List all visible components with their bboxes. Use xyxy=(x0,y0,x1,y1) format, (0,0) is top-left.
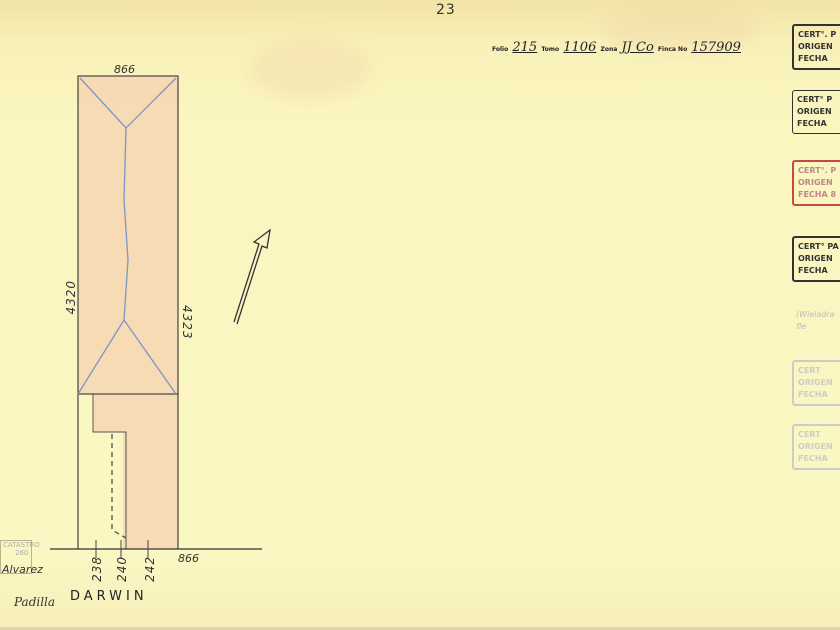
stamp-line: ORIGEN xyxy=(798,441,840,453)
stamp-line: CERT° P xyxy=(797,94,840,106)
certificate-stamp: CERT°. P ORIGEN FECHA 8 xyxy=(792,160,840,206)
catastro-text: CATASTRO xyxy=(3,541,31,549)
stamp-line: CERT°. P xyxy=(798,165,840,177)
stamp-line: ORIGEN xyxy=(797,106,840,118)
stamp-line: ORIGEN xyxy=(798,41,840,53)
street-number-238: 238 xyxy=(90,556,104,582)
stamp-line: ORIGEN xyxy=(798,253,840,265)
certificate-stamp: CERT ORIGEN FECHA xyxy=(792,424,840,470)
parcel-fill xyxy=(78,76,178,394)
stamp-line: CERT xyxy=(798,429,840,441)
stamp-line: ORIGEN xyxy=(798,377,840,389)
certificate-stamp: CERT ORIGEN FECHA xyxy=(792,360,840,406)
street-number-242: 242 xyxy=(143,556,157,582)
note-line: fle xyxy=(796,321,840,333)
right-dimension: 4323 xyxy=(180,305,194,340)
north-arrow-icon xyxy=(234,230,270,324)
certificate-stamp: CERT° PA ORIGEN FECHA xyxy=(792,236,840,282)
stamp-line: CERT° PA xyxy=(798,241,840,253)
street-number-240: 240 xyxy=(115,556,129,582)
stamp-line: FECHA xyxy=(798,453,840,465)
stamp-line: FECHA xyxy=(798,53,840,65)
catastro-number: 260 xyxy=(15,549,31,557)
certificate-stamp: CERT° P ORIGEN FECHA xyxy=(792,90,840,134)
top-dimension: 866 xyxy=(114,63,135,76)
stamp-line: ORIGEN xyxy=(798,177,840,189)
cross-street-name: Alvarez xyxy=(2,563,43,576)
certificate-stamp: CERT°. P ORIGEN FECHA xyxy=(792,24,840,70)
site-plan-drawing xyxy=(0,0,840,630)
handwritten-note: (Wieladra fle xyxy=(792,306,840,336)
stamp-line: FECHA xyxy=(798,265,840,277)
scanned-document: 23 Folio 215 Tomo 1106 Zona JJ Co Finca … xyxy=(0,0,840,630)
stamp-line: CERT xyxy=(798,365,840,377)
signature: Padilla xyxy=(14,595,55,609)
stamp-line: FECHA xyxy=(797,118,840,130)
note-line: (Wieladra xyxy=(796,309,840,321)
stamp-line: FECHA 8 xyxy=(798,189,840,201)
street-name: DARWIN xyxy=(70,589,148,604)
corner-number: 866 xyxy=(178,552,199,565)
stamp-line: CERT°. P xyxy=(798,29,840,41)
left-dimension: 4320 xyxy=(64,280,78,315)
parcel-rear-fill xyxy=(93,394,178,549)
stamp-line: FECHA xyxy=(798,389,840,401)
